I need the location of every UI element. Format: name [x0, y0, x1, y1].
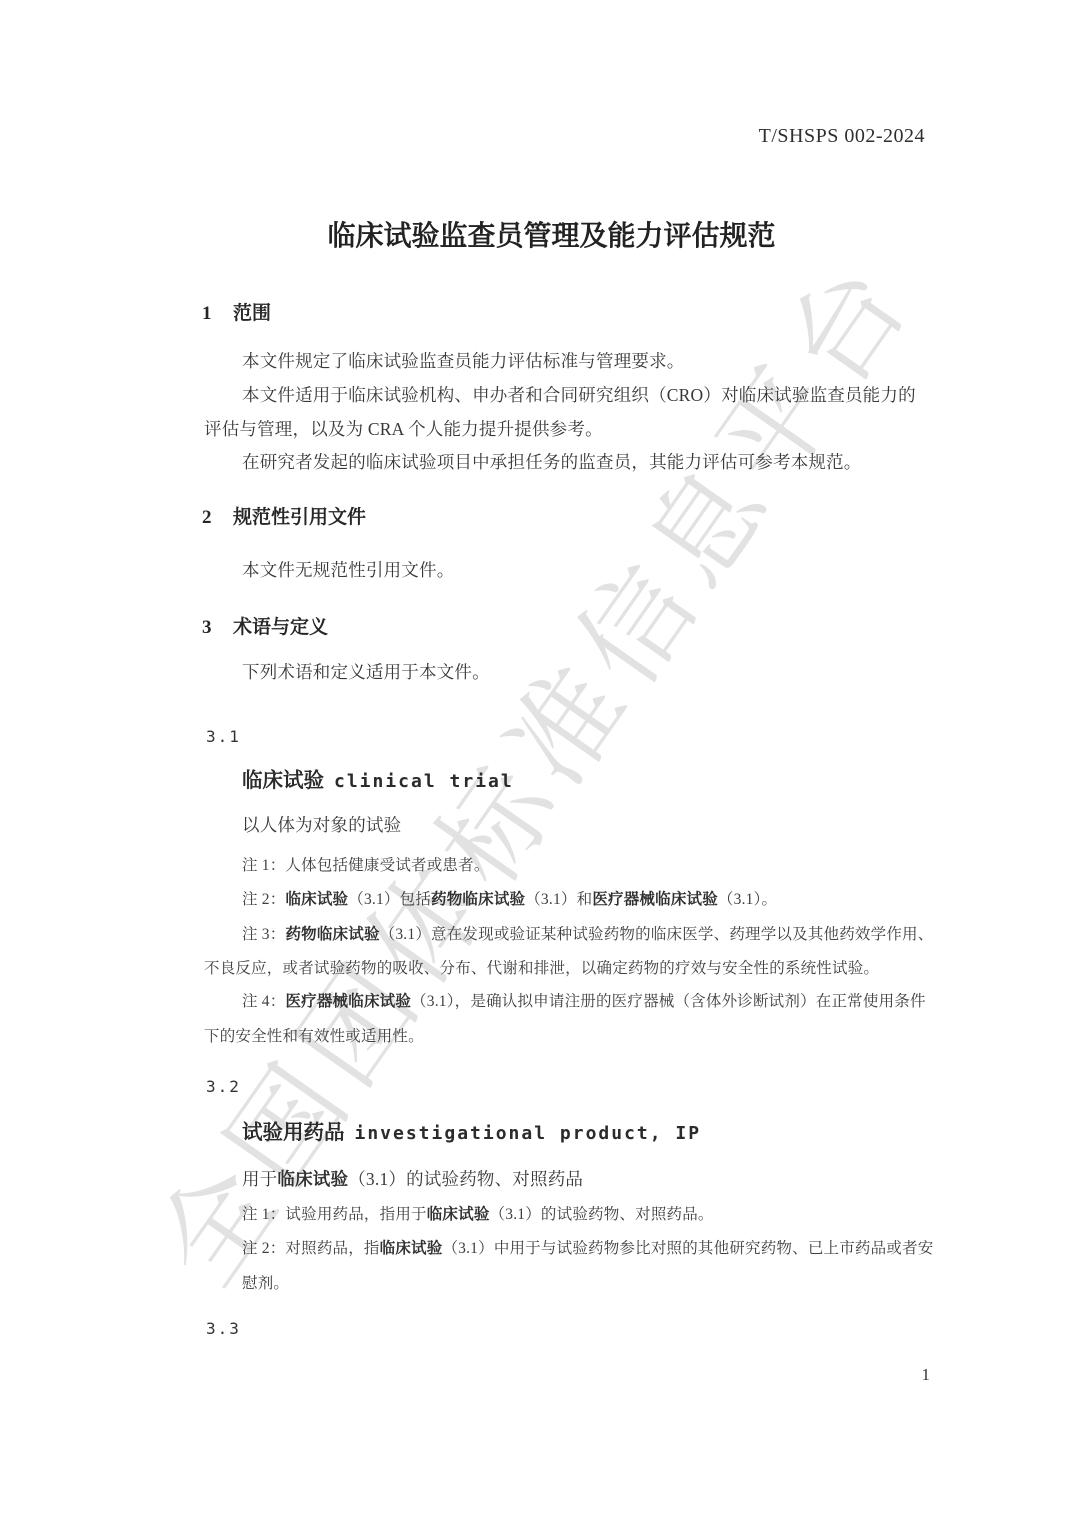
term-3-3-label: 3.3	[206, 1319, 241, 1339]
section-1-paragraph-3: 在研究者发起的临床试验项目中承担任务的监查员，其能力评估可参考本规范。	[242, 452, 862, 474]
term-3-1-note-3-line-1: 注 3：药物临床试验（3.1）意在发现或验证某种试验药物的临床医学、药理学以及其…	[242, 925, 933, 944]
term-3-1-title-en: clinical trial	[334, 771, 514, 792]
note-term-ref: 临床试验	[427, 1206, 490, 1223]
term-3-2-label: 3.2	[206, 1077, 241, 1097]
note-text-segment: （3.1）的试验药物、对照药品。	[490, 1206, 714, 1223]
term-3-1-note-3-line-2: 不良反应，或者试验药物的吸收、分布、代谢和排泄，以确定药物的疗效与安全性的系统性…	[204, 959, 879, 978]
section-1-paragraph-2-line-2: 评估与管理，以及为 CRA 个人能力提升提供参考。	[204, 419, 603, 441]
definition-text-segment: 用于	[242, 1169, 277, 1189]
definition-term-ref: 临床试验	[277, 1169, 348, 1189]
term-3-2-definition: 用于临床试验（3.1）的试验药物、对照药品	[242, 1169, 583, 1191]
note-term-ref: 医疗器械临床试验	[285, 993, 411, 1010]
term-3-1-note-2: 注 2：临床试验（3.1）包括药物临床试验（3.1）和医疗器械临床试验（3.1）…	[242, 890, 777, 909]
section-2-heading: 2规范性引用文件	[202, 506, 366, 530]
note-term-ref: 临床试验	[380, 1240, 443, 1257]
term-3-1-title: 临床试验clinical trial	[242, 769, 514, 795]
term-3-2-title: 试验用药品investigational product, IP	[242, 1121, 701, 1147]
note-term-ref: 医疗器械临床试验	[592, 891, 718, 908]
note-term-ref: 临床试验	[285, 891, 348, 908]
term-3-1-note-4-line-1: 注 4：医疗器械临床试验（3.1），是确认拟申请注册的医疗器械（含体外诊断试剂）…	[242, 992, 926, 1011]
term-3-2-note-2-line-1: 注 2：对照药品，指临床试验（3.1）中用于与试验药物参比对照的其他研究药物、已…	[242, 1239, 933, 1258]
note-text-segment: （3.1）和	[525, 891, 592, 908]
section-1-paragraph-2-line-1: 本文件适用于临床试验机构、申办者和合同研究组织（CRO）对临床试验监查员能力的	[242, 385, 916, 407]
term-3-2-note-1: 注 1：试验用药品，指用于临床试验（3.1）的试验药物、对照药品。	[242, 1205, 714, 1224]
note-text-segment: 注 1：试验用药品，指用于	[242, 1206, 427, 1223]
term-3-1-definition: 以人体为对象的试验	[242, 815, 401, 837]
term-3-1-title-zh: 临床试验	[242, 770, 324, 792]
section-1-number: 1	[202, 302, 233, 326]
term-3-2-title-en: investigational product, IP	[355, 1123, 702, 1144]
section-2-heading-label: 规范性引用文件	[233, 507, 366, 528]
term-3-1-label: 3.1	[206, 727, 241, 747]
section-3-number: 3	[202, 616, 233, 640]
section-3-heading-label: 术语与定义	[233, 617, 328, 638]
note-term-ref: 药物临床试验	[285, 926, 379, 943]
note-text-segment: 注 4：	[242, 993, 285, 1010]
section-3-intro: 下列术语和定义适用于本文件。	[242, 662, 490, 684]
note-text-segment: （3.1）。	[718, 891, 777, 908]
document-page: 全国团体标准信息平台 T/SHSPS 002-2024 临床试验监查员管理及能力…	[0, 0, 1080, 1527]
note-text-segment: 注 2：对照药品，指	[242, 1240, 380, 1257]
section-1-heading-label: 范围	[233, 303, 271, 324]
page-number: 1	[922, 1364, 931, 1385]
section-2-number: 2	[202, 506, 233, 530]
standard-code: T/SHSPS 002-2024	[759, 124, 925, 149]
note-text-segment: （3.1）包括	[348, 891, 431, 908]
watermark: 全国团体标准信息平台	[61, 147, 995, 1386]
term-3-2-note-2-line-2: 慰剂。	[242, 1274, 289, 1293]
note-text-segment: （3.1）中用于与试验药物参比对照的其他研究药物、已上市药品或者安	[442, 1240, 933, 1257]
term-3-2-title-zh: 试验用药品	[242, 1122, 345, 1144]
note-text-segment: 注 2：	[242, 891, 285, 908]
section-3-heading: 3术语与定义	[202, 616, 328, 640]
section-1-paragraph-1: 本文件规定了临床试验监查员能力评估标准与管理要求。	[242, 351, 685, 373]
term-3-1-note-1: 注 1：人体包括健康受试者或患者。	[242, 856, 490, 875]
note-term-ref: 药物临床试验	[431, 891, 525, 908]
definition-text-segment: （3.1）的试验药物、对照药品	[348, 1169, 583, 1189]
section-2-paragraph-1: 本文件无规范性引用文件。	[242, 560, 454, 582]
note-text-segment: 注 3：	[242, 926, 285, 943]
note-text-segment: （3.1）意在发现或验证某种试验药物的临床医学、药理学以及其他药效学作用、	[380, 926, 934, 943]
document-title: 临床试验监查员管理及能力评估规范	[23, 219, 1080, 254]
section-1-heading: 1范围	[202, 302, 271, 326]
note-text-segment: （3.1），是确认拟申请注册的医疗器械（含体外诊断试剂）在正常使用条件	[411, 993, 926, 1010]
term-3-1-note-4-line-2: 下的安全性和有效性或适用性。	[204, 1027, 424, 1046]
